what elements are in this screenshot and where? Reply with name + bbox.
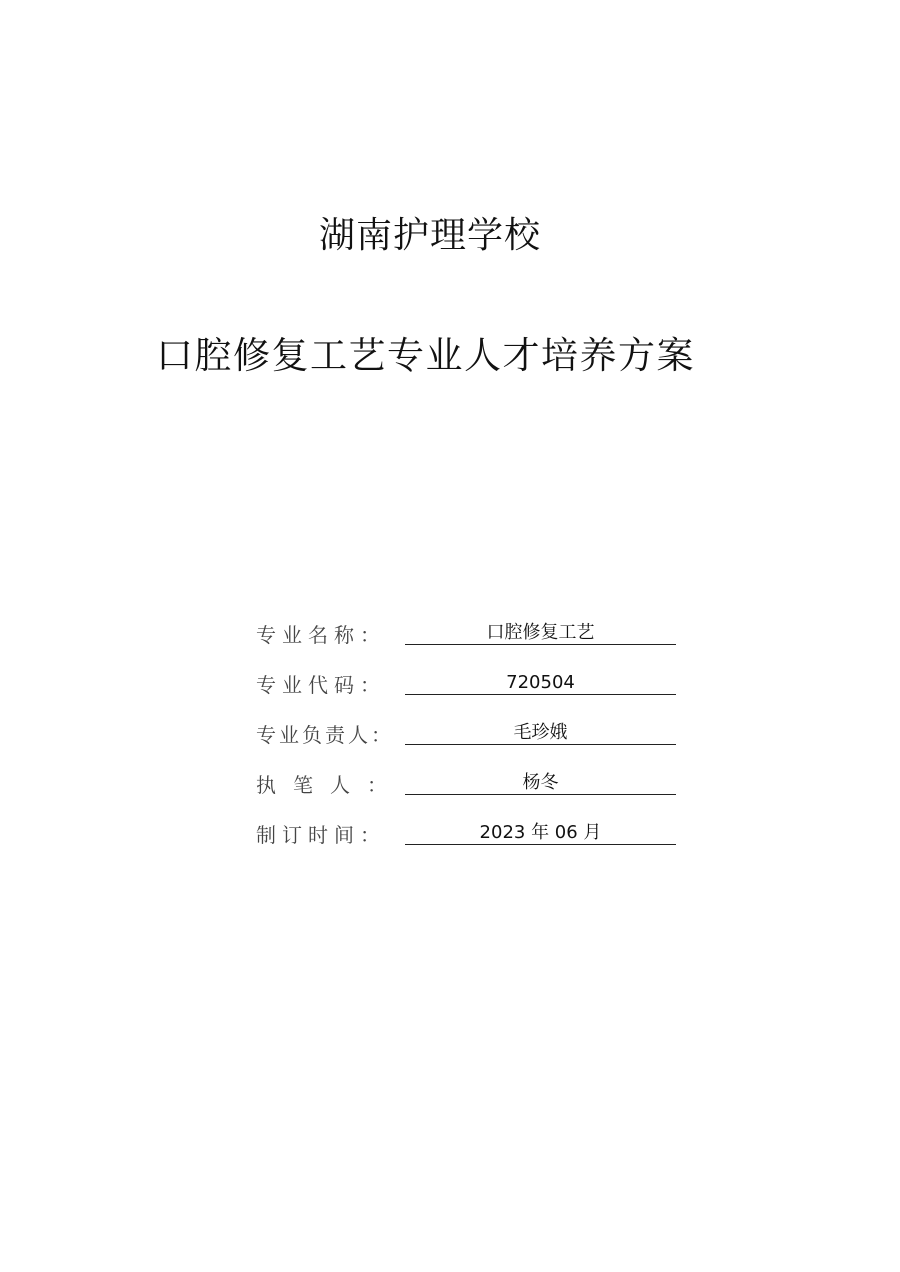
author-label: 执笔人： [256,769,404,798]
document-cover-page: 湖南护理学校 口腔修复工艺专业人才培养方案 专业名称： 口腔修复工艺 专业代码：… [0,0,900,1272]
revision-date-label: 制订时间： [256,819,386,848]
info-row-major-code: 专业代码： 720504 [256,662,686,712]
major-name-label: 专业名称： [256,619,386,648]
major-head-label: 专业负责人： [256,719,394,748]
author-value: 杨冬 [405,772,676,795]
info-row-major-head: 专业负责人： 毛珍娥 [256,712,686,762]
info-row-author: 执笔人： 杨冬 [256,762,686,812]
document-title: 口腔修复工艺专业人才培养方案 [156,332,695,380]
major-code-label: 专业代码： [256,669,386,698]
revision-date-value: 2023 年 06 月 [405,822,676,845]
info-row-revision-date: 制订时间： 2023 年 06 月 [256,812,686,862]
major-name-value: 口腔修复工艺 [405,622,676,645]
info-row-major-name: 专业名称： 口腔修复工艺 [256,612,686,662]
info-block: 专业名称： 口腔修复工艺 专业代码： 720504 专业负责人： 毛珍娥 执笔人… [256,612,686,862]
major-head-value: 毛珍娥 [405,722,676,745]
school-name: 湖南护理学校 [0,212,860,260]
major-code-value: 720504 [405,672,676,695]
